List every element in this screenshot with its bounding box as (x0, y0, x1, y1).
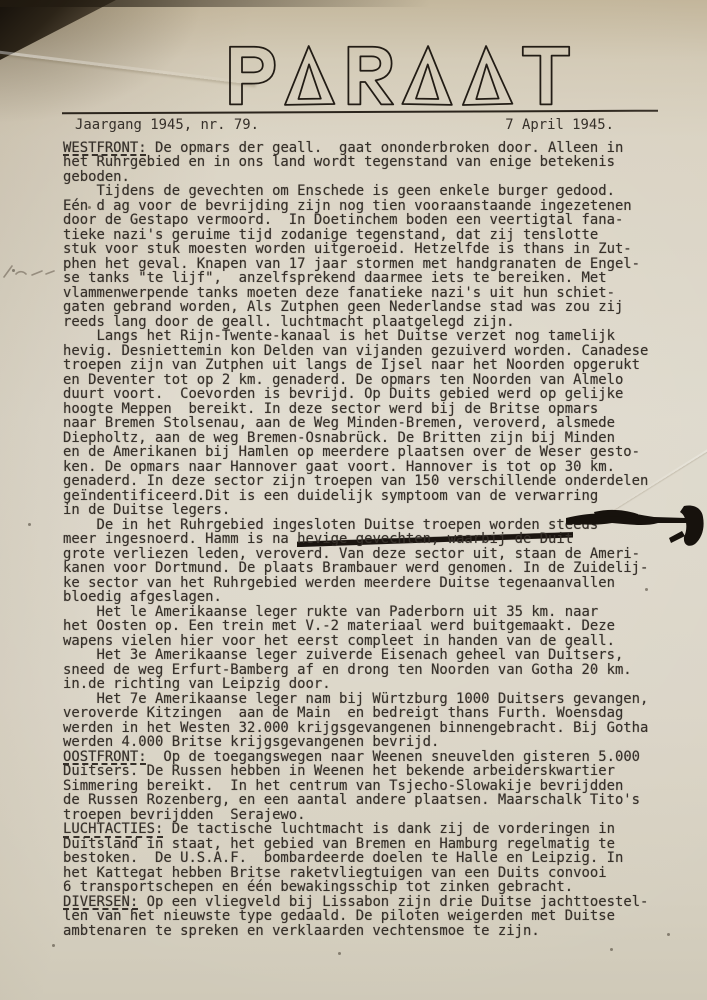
text-line: Eén d ag voor de bevrijding zijn nog tie… (63, 199, 669, 214)
text-line: Het 3e Amerikaanse leger zuiverde Eisena… (63, 648, 669, 663)
text-line: Diepholtz, aan de weg Bremen-Osnabrück. … (63, 431, 669, 446)
text-line: geïndentificeerd.Dit is een duidelijk sy… (63, 489, 669, 504)
text-line: Langs het Rijn-Twente-kanaal is het Duit… (63, 329, 669, 344)
text-line: WESTFRONT: De opmars der geall. gaat ono… (63, 141, 669, 156)
text-line: gaten gebrand worden, Als Zutphen geen N… (63, 300, 669, 315)
issue-date: 7 April 1945. (505, 118, 614, 133)
text-line: Duitsland in staat, het gebied van Breme… (63, 837, 669, 852)
ink-blob (566, 503, 707, 553)
paper-top-edge-shadow (0, 0, 430, 7)
issue-number: Jaargang 1945, nr. 79. (75, 118, 259, 133)
text-line: werden 4.000 Britse krijgsgevangenen bev… (63, 735, 669, 750)
text-line: en Deventer tot op 2 km. genaderd. De op… (63, 373, 669, 388)
text-line: sneed de weg Erfurt-Bamberg af en drong … (63, 663, 669, 678)
text-line: door de Gestapo vermoord. In Doetinchem … (63, 213, 669, 228)
newspaper-page: Jaargang 1945, nr. 79. 7 April 1945. WES… (0, 0, 707, 1000)
section-header: LUCHTACTIES: (63, 821, 163, 837)
paper-speck (610, 948, 613, 951)
text-line: geboden. (63, 170, 669, 185)
text-line: troepen bevrijdden Serajewo. (63, 808, 669, 823)
text-line: en de Amerikanen bij Hamlen op meerdere … (63, 445, 669, 460)
text-line: Het le Amerikaanse leger rukte van Pader… (63, 605, 669, 620)
text-line: werden in het Westen 32.000 krijgsgevang… (63, 721, 669, 736)
text-line: duurt voort. Coevorden is bevrijd. Op Du… (63, 387, 669, 402)
text-line: OOSTFRONT: Op de toegangswegen naar Ween… (63, 750, 669, 765)
text-line: het Kattegat hebben Britse raketvliegtui… (63, 866, 669, 881)
text-line: Duitsers. De Russen hebben in Weenen het… (63, 764, 669, 779)
text-line: stuk voor stuk moesten worden uitgeroeid… (63, 242, 669, 257)
text-line: ambtenaren te spreken en verklaarden vec… (63, 924, 669, 939)
text-line: Het 7e Amerikaanse leger nam bij Würtzbu… (63, 692, 669, 707)
text-line: phen het geval. Knapen van 17 jaar storm… (63, 257, 669, 272)
text-line: se tanks "te lijf", anzelfsprekend daarm… (63, 271, 669, 286)
text-line: Simmering bereikt. In het centrum van Ts… (63, 779, 669, 794)
text-line: ke sector van het Ruhrgebied werden meer… (63, 576, 669, 591)
text-line: veroverde Kitzingen aan de Main en bedre… (63, 706, 669, 721)
paper-speck (28, 523, 31, 526)
text-line: 6 transportschepen en één bewakingsschip… (63, 880, 669, 895)
margin-pencil-marks (1, 261, 59, 285)
text-line: bestoken. De U.S.A.F. bombardeerde doele… (63, 851, 669, 866)
text-line: de Russen Rozenberg, en een aantal ander… (63, 793, 669, 808)
text-line: kanen voor Dortmund. De plaats Brambauer… (63, 561, 669, 576)
text-line: ken. De opmars naar Hannover gaat voort.… (63, 460, 669, 475)
dateline: Jaargang 1945, nr. 79. 7 April 1945. (63, 118, 669, 133)
masthead-logo (182, 42, 614, 106)
paper-speck (52, 944, 55, 947)
text-line: het Ruhrgebied en in ons land wordt tege… (63, 155, 669, 170)
text-line: LUCHTACTIES: De tactische luchtmacht is … (63, 822, 669, 837)
text-line: hoogte Meppen bereikt. In deze sector we… (63, 402, 669, 417)
text-line: wapens vielen hier voor het eerst comple… (63, 634, 669, 649)
text-line: bloedig afgeslagen. (63, 590, 669, 605)
text-line: len van het nieuwste type gedaald. De pi… (63, 909, 669, 924)
text-line: tieke nazi's geruime tijd zodanige tegen… (63, 228, 669, 243)
text-line: in.de richting van Leipzig door. (63, 677, 669, 692)
text-line: het Oosten op. Een trein met V.-2 materi… (63, 619, 669, 634)
text-line: Tijdens de gevechten om Enschede is geen… (63, 184, 669, 199)
text-line: DIVERSEN: Op een vliegveld bij Lissabon … (63, 895, 669, 910)
text-line: vlammenwerpende tanks moeten deze fanati… (63, 286, 669, 301)
text-line: troepen zijn van Zutphen uit langs de Ij… (63, 358, 669, 373)
text-line: genaderd. In deze sector zijn troepen va… (63, 474, 669, 489)
text-line: reeds lang door de geall. luchtmacht pla… (63, 315, 669, 330)
censored-text: hevige gevechten, waarbij de Duit (297, 531, 573, 547)
text-line: hevig. Desniettemin kon Delden van vijan… (63, 344, 669, 359)
text-line: naar Bremen Stolsenau, aan de Weg Minden… (63, 416, 669, 431)
paper-speck (338, 952, 341, 955)
